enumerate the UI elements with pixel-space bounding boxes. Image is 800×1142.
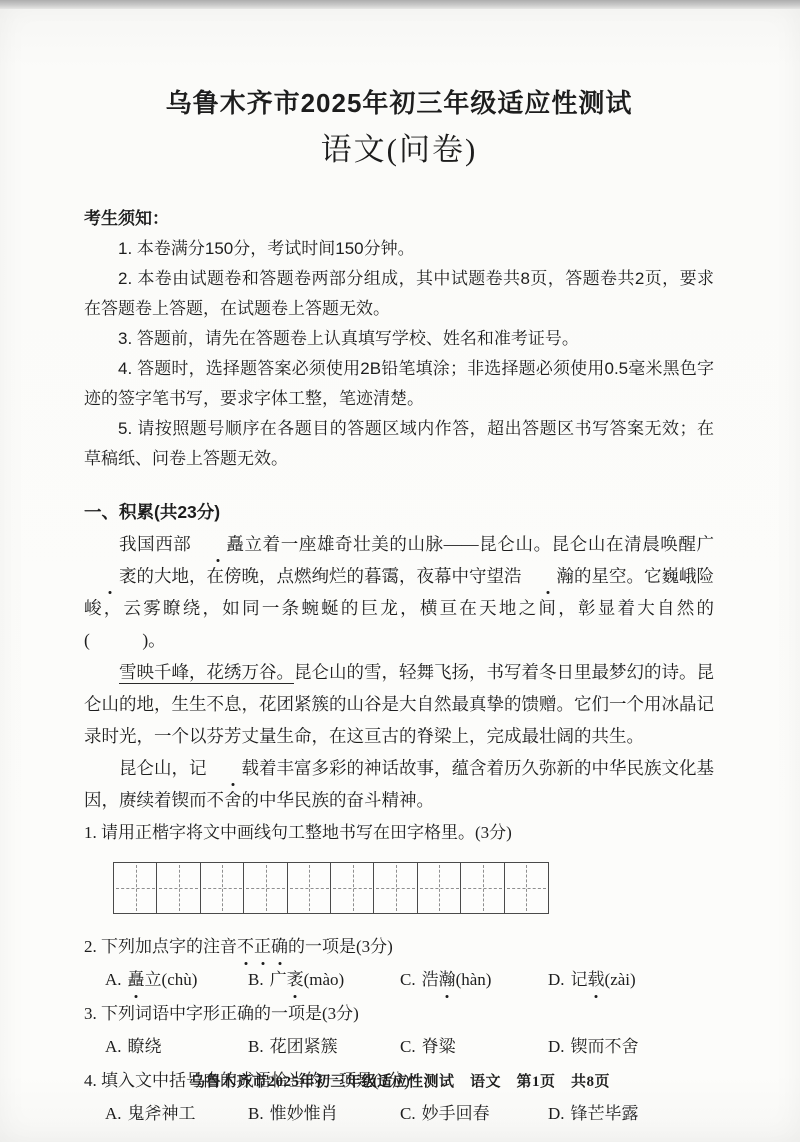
q2-option-c: C.浩瀚(hàn) xyxy=(400,964,548,996)
passage-paragraph-1: 我国西部矗立着一座雄奇壮美的山脉——昆仑山。昆仑山在清晨唤醒广袤的大地，在傍晚，… xyxy=(84,528,714,656)
option-label: D. xyxy=(548,1037,565,1056)
option-text: 锲而不舍 xyxy=(571,1037,639,1056)
option-text: 浩瀚(hàn) xyxy=(422,970,492,989)
q2-option-d: D.记载(zài) xyxy=(548,964,714,996)
q4-option-c: C.妙手回春 xyxy=(400,1098,548,1130)
q4-option-b: B.惟妙惟肖 xyxy=(248,1098,400,1130)
option-text: 记载(zài) xyxy=(571,970,636,989)
question-3-options: A.瞭绕 B.花团紧簇 C.脊粱 D.锲而不舍 xyxy=(84,1031,714,1063)
option-text: 鬼斧神工 xyxy=(128,1104,196,1123)
grid-cell xyxy=(330,862,375,914)
passage-paragraph-2: 雪映千峰，花绣万谷。昆仑山的雪，轻舞飞扬，书写着冬日里最梦幻的诗。昆仑山的地，生… xyxy=(84,656,714,752)
option-label: A. xyxy=(105,1037,122,1056)
option-label: B. xyxy=(248,970,264,989)
notice-item-4: 4. 答题时，选择题答案必须使用2B铅笔填涂；非选择题必须使用0.5毫米黑色字迹… xyxy=(84,354,714,414)
notice-item-3: 3. 答题前，请先在答题卷上认真填写学校、姓名和准考证号。 xyxy=(84,324,714,354)
option-text: 花团紧簇 xyxy=(270,1037,338,1056)
option-label: C. xyxy=(400,1037,416,1056)
q4-option-a: A.鬼斧神工 xyxy=(105,1098,248,1130)
option-text: 惟妙惟肖 xyxy=(270,1104,338,1123)
grid-cell xyxy=(243,862,288,914)
exam-title: 乌鲁木齐市2025年初三年级适应性测试 xyxy=(84,86,714,120)
exam-paper-page: 乌鲁木齐市2025年初三年级适应性测试 语文(问卷) 考生须知： 1. 本卷满分… xyxy=(0,0,800,1142)
notice-heading: 考生须知： xyxy=(84,204,714,234)
q3-option-d: D.锲而不舍 xyxy=(548,1031,714,1063)
grid-cell xyxy=(287,862,332,914)
q3-option-a: A.瞭绕 xyxy=(105,1031,248,1063)
option-text: 广袤(mào) xyxy=(270,970,345,989)
q2-option-b: B.广袤(mào) xyxy=(248,964,400,996)
option-label: A. xyxy=(105,970,122,989)
option-label: A. xyxy=(105,1104,122,1123)
grid-cell xyxy=(156,862,201,914)
question-1: 1. 请用正楷字将文中画线句工整地书写在田字格里。(3分) xyxy=(84,817,714,914)
option-label: B. xyxy=(248,1037,264,1056)
question-3-stem: 3. 下列词语中字形正确的一项是(3分) xyxy=(84,998,714,1030)
option-text: 脊粱 xyxy=(422,1037,456,1056)
question-3: 3. 下列词语中字形正确的一项是(3分) A.瞭绕 B.花团紧簇 C.脊粱 D.… xyxy=(84,998,714,1063)
subject-title: 语文(问卷) xyxy=(84,128,714,172)
notice-item-5: 5. 请按照题号顺序在各题目的答题区域内作答，超出答题区书写答案无效；在草稿纸、… xyxy=(84,414,714,474)
q3-option-c: C.脊粱 xyxy=(400,1031,548,1063)
option-text: 矗立(chù) xyxy=(128,970,198,989)
option-label: C. xyxy=(400,970,416,989)
option-text: 妙手回春 xyxy=(422,1104,490,1123)
grid-cell xyxy=(460,862,505,914)
notice-item-1: 1. 本卷满分150分，考试时间150分钟。 xyxy=(84,234,714,264)
grid-cell xyxy=(200,862,245,914)
question-2: 2. 下列加点字的注音不正确的一项是(3分) A.矗立(chù) B.广袤(mà… xyxy=(84,931,714,996)
notice-item-2: 2. 本卷由试题卷和答题卷两部分组成，其中试题卷共8页，答题卷共2页，要求在答题… xyxy=(84,264,714,324)
option-text: 瞭绕 xyxy=(128,1037,162,1056)
grid-cell xyxy=(504,862,549,914)
grid-cell xyxy=(417,862,462,914)
page-content: 乌鲁木齐市2025年初三年级适应性测试 语文(问卷) 考生须知： 1. 本卷满分… xyxy=(0,86,800,1130)
question-1-stem: 1. 请用正楷字将文中画线句工整地书写在田字格里。(3分) xyxy=(84,817,714,849)
page-footer: 乌鲁木齐市2025年初三年级适应性测试 语文 第1页 共8页 xyxy=(0,1072,800,1092)
section-heading: 一、积累(共23分) xyxy=(84,496,714,528)
question-2-options: A.矗立(chù) B.广袤(mào) C.浩瀚(hàn) D.记载(zài) xyxy=(84,964,714,996)
candidate-notice: 考生须知： 1. 本卷满分150分，考试时间150分钟。 2. 本卷由试题卷和答… xyxy=(84,204,714,474)
q4-option-d: D.锋芒毕露 xyxy=(548,1098,714,1130)
grid-cell xyxy=(113,862,158,914)
option-label: C. xyxy=(400,1104,416,1123)
reading-passage: 我国西部矗立着一座雄奇壮美的山脉——昆仑山。昆仑山在清晨唤醒广袤的大地，在傍晚，… xyxy=(84,528,714,816)
question-4-options: A.鬼斧神工 B.惟妙惟肖 C.妙手回春 D.锋芒毕露 xyxy=(84,1098,714,1130)
passage-paragraph-3: 昆仑山，记载着丰富多彩的神话故事，蕴含着历久弥新的中华民族文化基因，赓续着锲而不… xyxy=(84,752,714,816)
grid-cell xyxy=(373,862,418,914)
writing-grid xyxy=(113,862,714,914)
q3-option-b: B.花团紧簇 xyxy=(248,1031,400,1063)
q2-option-a: A.矗立(chù) xyxy=(105,964,248,996)
option-label: B. xyxy=(248,1104,264,1123)
scan-edge-artifact xyxy=(0,0,800,9)
option-text: 锋芒毕露 xyxy=(571,1104,639,1123)
option-label: D. xyxy=(548,970,565,989)
option-label: D. xyxy=(548,1104,565,1123)
question-2-stem: 2. 下列加点字的注音不正确的一项是(3分) xyxy=(84,931,714,963)
